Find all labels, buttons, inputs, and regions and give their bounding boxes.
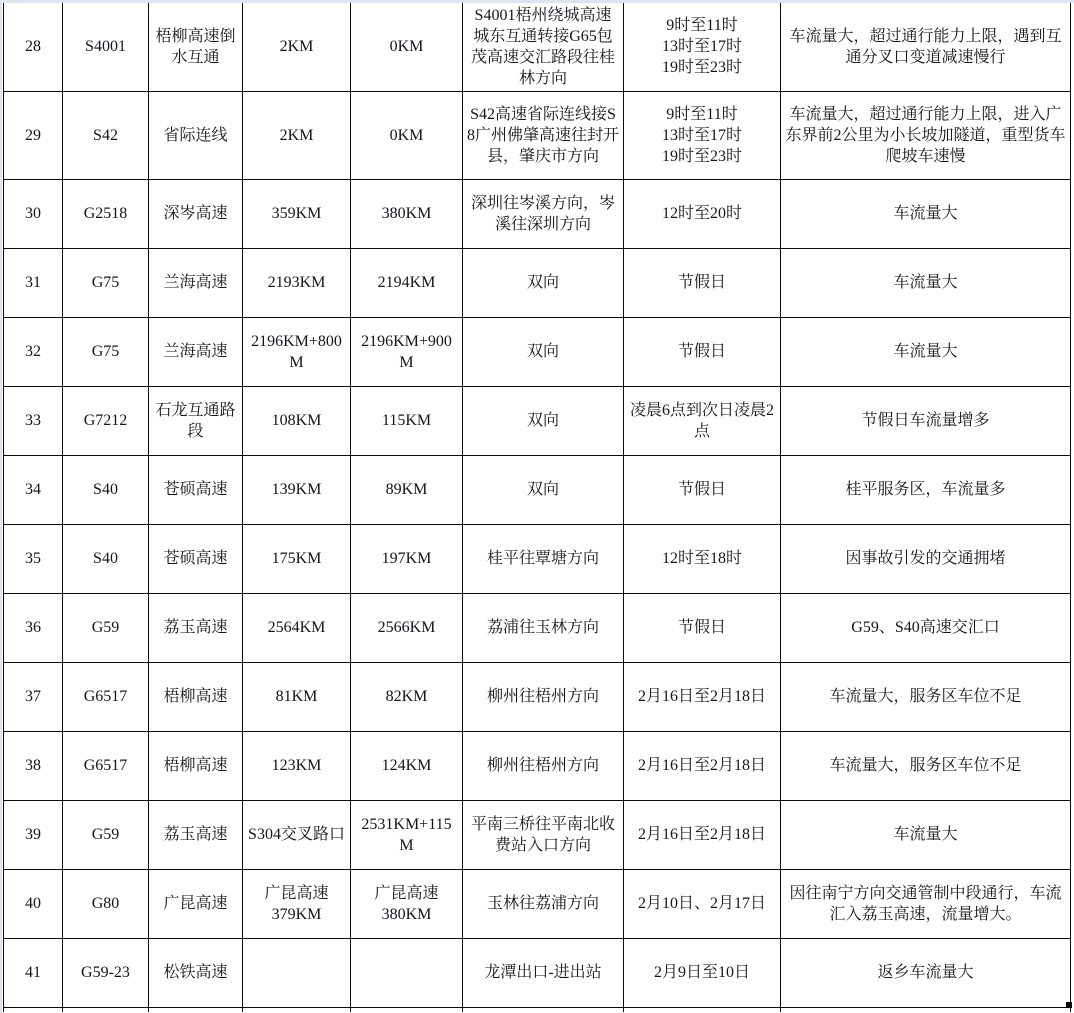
- table-row: 37 G6517 梧柳高速 81KM 82KM 柳州往梧州方向 2月16日至2月…: [4, 662, 1071, 731]
- cell-road-name: 松铁高速: [149, 938, 243, 1007]
- cell-start-point: 2KM: [243, 91, 351, 179]
- cell-direction: 柳州往梧州方向: [463, 731, 624, 800]
- traffic-congestion-table-page: 28 S4001 梧柳高速倒水互通 2KM 0KM S4001梧州绕城高速城东互…: [0, 0, 1074, 1013]
- cell-road-code: G6517: [63, 731, 149, 800]
- cell-row-number: 36: [4, 593, 63, 662]
- cell-direction: 双向: [463, 386, 624, 455]
- cell-start-point: 108KM: [243, 386, 351, 455]
- cell-road-code: G75: [63, 317, 149, 386]
- table-row-partial: [4, 1007, 1071, 1012]
- cell-start-point: 2193KM: [243, 248, 351, 317]
- cell-note: 车流量大，超过通行能力上限，遇到互通分叉口变道减速慢行: [781, 3, 1071, 91]
- cell-end-point: 2566KM: [351, 593, 463, 662]
- cell-road-name: 梧柳高速倒水互通: [149, 3, 243, 91]
- cell-road-name: 广昆高速: [149, 869, 243, 938]
- table-row: 31 G75 兰海高速 2193KM 2194KM 双向 节假日 车流量大: [4, 248, 1071, 317]
- cell-time-period: 12时至20时: [624, 179, 781, 248]
- cell-time-period: 9时至11时 13时至17时 19时至23时: [624, 3, 781, 91]
- cell-road-code: S40: [63, 455, 149, 524]
- cell-note: 车流量大: [781, 248, 1071, 317]
- cell-direction: 双向: [463, 317, 624, 386]
- cell-start-point: 139KM: [243, 455, 351, 524]
- cell-end-point: 115KM: [351, 386, 463, 455]
- cell-road-name: 兰海高速: [149, 248, 243, 317]
- cell-road-name: 荔玉高速: [149, 800, 243, 869]
- cell-note: 因事故引发的交通拥堵: [781, 524, 1071, 593]
- cell-start-point: 2196KM+800M: [243, 317, 351, 386]
- cell-end-point: 82KM: [351, 662, 463, 731]
- table-row: 30 G2518 深岑高速 359KM 380KM 深圳往岑溪方向，岑溪往深圳方…: [4, 179, 1071, 248]
- cell-road-code: G59: [63, 593, 149, 662]
- cell-time-period: 2月16日至2月18日: [624, 662, 781, 731]
- cell-direction: 龙潭出口-进出站: [463, 938, 624, 1007]
- cell-note: 节假日车流量增多: [781, 386, 1071, 455]
- cell-end-point: 2196KM+900M: [351, 317, 463, 386]
- cell-road-code: S4001: [63, 3, 149, 91]
- table-row: 36 G59 荔玉高速 2564KM 2566KM 荔浦往玉林方向 节假日 G5…: [4, 593, 1071, 662]
- table-row: 40 G80 广昆高速 广昆高速 379KM 广昆高速 380KM 玉林往荔浦方…: [4, 869, 1071, 938]
- cell-time-period: 2月16日至2月18日: [624, 800, 781, 869]
- cell-row-number: 28: [4, 3, 63, 91]
- cell-note: 车流量大: [781, 800, 1071, 869]
- cell-road-code: G59: [63, 800, 149, 869]
- cell-direction: 平南三桥往平南北收费站入口方向: [463, 800, 624, 869]
- table-row: 39 G59 荔玉高速 S304交叉路口 2531KM+115M 平南三桥往平南…: [4, 800, 1071, 869]
- cell-row-number: 29: [4, 91, 63, 179]
- cell-direction: 柳州往梧州方向: [463, 662, 624, 731]
- cell-start-point: S304交叉路口: [243, 800, 351, 869]
- cell-start-point: 175KM: [243, 524, 351, 593]
- cell-direction: 玉林往荔浦方向: [463, 869, 624, 938]
- cell-start-point: 81KM: [243, 662, 351, 731]
- traffic-table-body: 28 S4001 梧柳高速倒水互通 2KM 0KM S4001梧州绕城高速城东互…: [4, 3, 1071, 1012]
- cell-time-period: 凌晨6点到次日凌晨2点: [624, 386, 781, 455]
- cell-road-name: 苍硕高速: [149, 455, 243, 524]
- cell-note: 桂平服务区，车流量多: [781, 455, 1071, 524]
- cell-direction: 双向: [463, 455, 624, 524]
- cell-road-name: 省际连线: [149, 91, 243, 179]
- cell-time-period: 节假日: [624, 593, 781, 662]
- cell-start-point: [243, 938, 351, 1007]
- cell-road-name: 梧柳高速: [149, 662, 243, 731]
- cell-time-period: 2月16日至2月18日: [624, 731, 781, 800]
- cell-row-number: 34: [4, 455, 63, 524]
- cell-note: 车流量大: [781, 179, 1071, 248]
- cell-time-period: 9时至11时 13时至17时 19时至23时: [624, 91, 781, 179]
- cell-end-point: 0KM: [351, 91, 463, 179]
- cell-end-point: 124KM: [351, 731, 463, 800]
- table-row: 34 S40 苍硕高速 139KM 89KM 双向 节假日 桂平服务区，车流量多: [4, 455, 1071, 524]
- cell-start-point: 广昆高速 379KM: [243, 869, 351, 938]
- cell-note: 车流量大，服务区车位不足: [781, 662, 1071, 731]
- cell-end-point: 广昆高速 380KM: [351, 869, 463, 938]
- cell-direction: 荔浦往玉林方向: [463, 593, 624, 662]
- cell-time-period: 12时至18时: [624, 524, 781, 593]
- cell-road-code: G59-23: [63, 938, 149, 1007]
- cell-road-code: G80: [63, 869, 149, 938]
- cell-row-number: 38: [4, 731, 63, 800]
- cell-start-point: 2564KM: [243, 593, 351, 662]
- table-row: 35 S40 苍硕高速 175KM 197KM 桂平往覃塘方向 12时至18时 …: [4, 524, 1071, 593]
- table-row: 32 G75 兰海高速 2196KM+800M 2196KM+900M 双向 节…: [4, 317, 1071, 386]
- window-left-edge: [0, 0, 2, 1013]
- cell-time-period: 2月9日至10日: [624, 938, 781, 1007]
- cell-road-name: 荔玉高速: [149, 593, 243, 662]
- selection-corner-handle: [1066, 1002, 1072, 1008]
- cell-road-code: G6517: [63, 662, 149, 731]
- table-row: 28 S4001 梧柳高速倒水互通 2KM 0KM S4001梧州绕城高速城东互…: [4, 3, 1071, 91]
- cell-direction: S42高速省际连线接S8广州佛肇高速往封开县，肇庆市方向: [463, 91, 624, 179]
- cell-end-point: 89KM: [351, 455, 463, 524]
- cell-road-name: 兰海高速: [149, 317, 243, 386]
- cell-road-name: 深岑高速: [149, 179, 243, 248]
- cell-time-period: 节假日: [624, 317, 781, 386]
- cell-road-name: 苍硕高速: [149, 524, 243, 593]
- cell-row-number: 41: [4, 938, 63, 1007]
- cell-time-period: 2月10日、2月17日: [624, 869, 781, 938]
- cell-time-period: 节假日: [624, 248, 781, 317]
- cell-note: 车流量大: [781, 317, 1071, 386]
- cell-note: 因往南宁方向交通管制中段通行，车流汇入荔玉高速，流量增大。: [781, 869, 1071, 938]
- cell-end-point: 380KM: [351, 179, 463, 248]
- cell-end-point: 197KM: [351, 524, 463, 593]
- table-row: 38 G6517 梧柳高速 123KM 124KM 柳州往梧州方向 2月16日至…: [4, 731, 1071, 800]
- cell-note: 返乡车流量大: [781, 938, 1071, 1007]
- cell-end-point: 0KM: [351, 3, 463, 91]
- cell-start-point: 359KM: [243, 179, 351, 248]
- cell-road-code: G75: [63, 248, 149, 317]
- cell-direction: 深圳往岑溪方向，岑溪往深圳方向: [463, 179, 624, 248]
- cell-note: 车流量大，超过通行能力上限，进入广东界前2公里为小长坡加隧道，重型货车爬坡车速慢: [781, 91, 1071, 179]
- cell-road-name: 梧柳高速: [149, 731, 243, 800]
- cell-end-point: 2194KM: [351, 248, 463, 317]
- cell-row-number: 39: [4, 800, 63, 869]
- cell-row-number: 35: [4, 524, 63, 593]
- table-row: 41 G59-23 松铁高速 龙潭出口-进出站 2月9日至10日 返乡车流量大: [4, 938, 1071, 1007]
- cell-note: G59、S40高速交汇口: [781, 593, 1071, 662]
- cell-road-code: G7212: [63, 386, 149, 455]
- cell-note: 车流量大，服务区车位不足: [781, 731, 1071, 800]
- cell-start-point: 2KM: [243, 3, 351, 91]
- cell-time-period: 节假日: [624, 455, 781, 524]
- cell-end-point: [351, 938, 463, 1007]
- traffic-table: 28 S4001 梧柳高速倒水互通 2KM 0KM S4001梧州绕城高速城东互…: [3, 3, 1071, 1012]
- cell-row-number: 30: [4, 179, 63, 248]
- cell-row-number: 31: [4, 248, 63, 317]
- cell-direction: 桂平往覃塘方向: [463, 524, 624, 593]
- table-row: 33 G7212 石龙互通路段 108KM 115KM 双向 凌晨6点到次日凌晨…: [4, 386, 1071, 455]
- cell-row-number: 33: [4, 386, 63, 455]
- cell-row-number: 37: [4, 662, 63, 731]
- cell-row-number: 32: [4, 317, 63, 386]
- cell-road-code: S40: [63, 524, 149, 593]
- cell-direction: 双向: [463, 248, 624, 317]
- cell-row-number: 40: [4, 869, 63, 938]
- cell-road-name: 石龙互通路段: [149, 386, 243, 455]
- cell-direction: S4001梧州绕城高速城东互通转接G65包茂高速交汇路段往桂林方向: [463, 3, 624, 91]
- cell-start-point: 123KM: [243, 731, 351, 800]
- cell-road-code: G2518: [63, 179, 149, 248]
- table-row: 29 S42 省际连线 2KM 0KM S42高速省际连线接S8广州佛肇高速往封…: [4, 91, 1071, 179]
- cell-end-point: 2531KM+115M: [351, 800, 463, 869]
- cell-road-code: S42: [63, 91, 149, 179]
